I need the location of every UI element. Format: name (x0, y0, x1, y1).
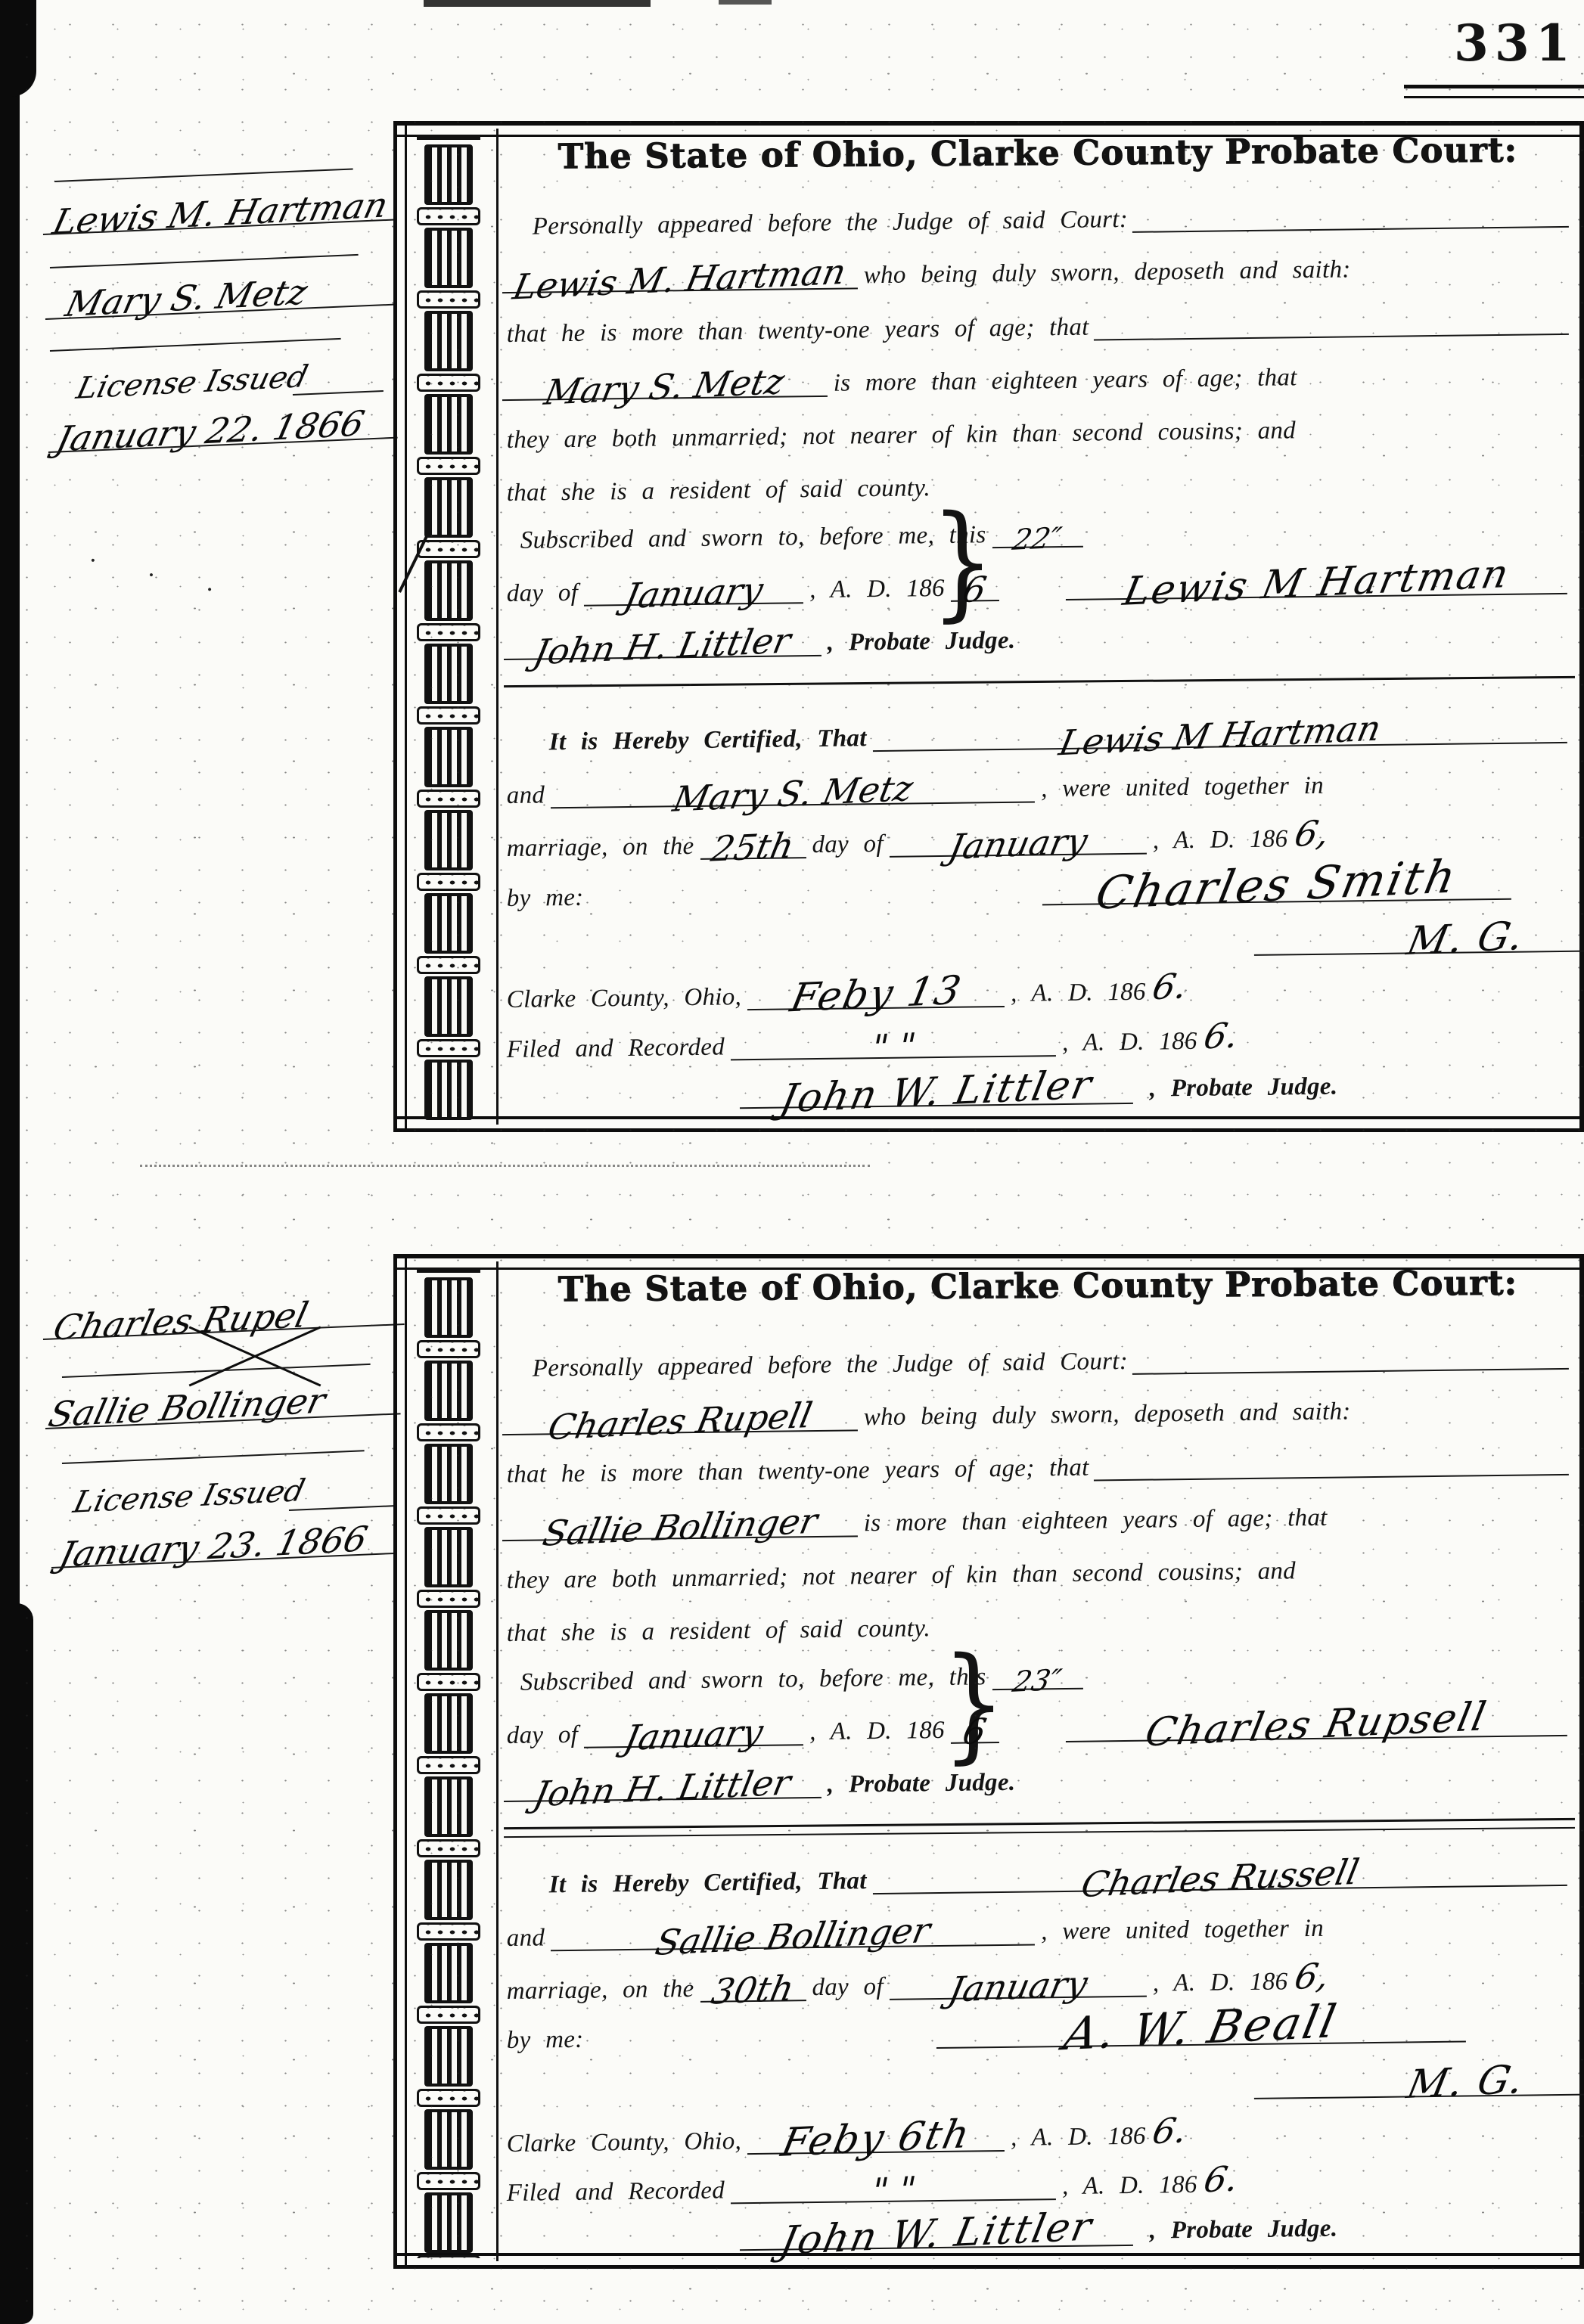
printed-text: , A. D. 186 (1011, 979, 1146, 1007)
column-band-segment (417, 1839, 480, 1857)
column-flute-segment (424, 1527, 473, 1587)
certificate-record2: The State of Ohio, Clarke County Probate… (393, 1254, 1584, 2269)
column-band-segment (417, 2006, 480, 2024)
column-flute-segment (424, 893, 473, 954)
column-band-segment (417, 956, 480, 974)
certify-line-5: M. G. (506, 2052, 1573, 2108)
minister-title-handwritten: M. G. (1404, 917, 1528, 961)
filed-judge-line: John W. Littler , Probate Judge. (506, 1055, 1573, 1112)
return-year-handwritten: 6. (1150, 2112, 1191, 2149)
judge-signature-blank: John H. Littler (503, 617, 822, 660)
printed-text: day of (812, 1974, 884, 2001)
printed-text: day of (507, 1722, 579, 1749)
border-right (1579, 1254, 1584, 2269)
minister-signature: A. W. Beall (1060, 1999, 1341, 2057)
printed-text: Subscribed and sworn to, before me, this (507, 1665, 986, 1696)
certified-groom-blank: Charles Russell (872, 1847, 1567, 1894)
ornamental-column (408, 1266, 489, 2258)
printed-text: , A. D. 186 (1153, 827, 1288, 855)
certified-groom-handwritten: Lewis M Hartman (1056, 711, 1384, 761)
judge-signature: John H. Littler (531, 623, 794, 670)
printed-text: Personally appeared before the Judge of … (507, 206, 1129, 240)
filed-judge-signature-blank: John W. Littler (739, 1065, 1133, 1109)
scanned-record-page: 331 . . . Lewis M. Hartman Mary S. Metz … (0, 0, 1584, 2324)
margin-license-label: License Issued (73, 359, 312, 406)
margin-x-flourish (183, 1326, 327, 1387)
column-flute-segment (424, 727, 473, 787)
page-number-rule (1404, 85, 1584, 98)
affidavit-line-2: Charles Rupell who being duly sworn, dep… (506, 1379, 1573, 1435)
bride-name-handwritten: Sallie Bollinger (539, 1503, 820, 1551)
filed-date-blank: " " (731, 1017, 1057, 1060)
printed-text: Filed and Recorded (507, 2178, 725, 2207)
column-flute-segment (424, 644, 473, 704)
return-date-handwritten: Feby 13 (787, 971, 965, 1019)
certified-bride-handwritten: Mary S. Metz (670, 771, 916, 817)
printed-text: day of (507, 580, 579, 607)
border-left (393, 121, 407, 1132)
column-band-segment (417, 623, 480, 641)
certified-groom-handwritten: Charles Russell (1078, 1854, 1362, 1902)
affidavit-line-6: that she is a resident of said county. (506, 1590, 1573, 1647)
printed-text: Clarke County, Ohio, (507, 2129, 742, 2158)
blank-rule (1132, 1361, 1569, 1375)
filed-judge-signature: John W. Littler (777, 1065, 1096, 1119)
court-title: The State of Ohio, Clarke County Probate… (514, 1262, 1561, 1315)
affiant-signature: Lewis M Hartman (1120, 554, 1513, 612)
column-flute-segment (424, 2109, 473, 2170)
column-band-segment (417, 457, 480, 475)
married-year-handwritten: 6, (1292, 1958, 1333, 1994)
ornamental-column (408, 133, 489, 1122)
sworn-month-handwritten: January (622, 1714, 766, 1756)
filed-ditto-marks: " " (868, 1028, 919, 1065)
return-date-blank: Feby 6th (747, 2112, 1005, 2155)
column-flute-segment (424, 1776, 473, 1837)
filed-judge-signature-blank: John W. Littler (739, 2207, 1133, 2251)
certified-bride-blank: Mary S. Metz (551, 763, 1036, 808)
minister-signature: Charles Smith (1092, 854, 1461, 916)
printed-text: who being duly sworn, deposeth and saith… (864, 1399, 1351, 1432)
printed-text: Subscribed and sworn to, before me, this (507, 523, 986, 554)
printed-text: and (507, 783, 545, 809)
column-flute-segment (424, 1693, 473, 1754)
column-flute-segment (424, 394, 473, 455)
column-flute-segment (424, 1444, 473, 1504)
printed-text: , Probate Judge. (1149, 2216, 1337, 2245)
certified-bride-blank: Sallie Bollinger (551, 1906, 1036, 1951)
minister-title-blank: M. G. (1253, 911, 1584, 956)
column-band-segment (417, 1423, 480, 1441)
column-band-segment (417, 790, 480, 808)
column-band-segment (417, 2255, 480, 2258)
certificate-record1: The State of Ohio, Clarke County Probate… (393, 121, 1584, 1132)
certify-line-4: by me: A. W. Beall (506, 1997, 1573, 2054)
affidavit-line-6: that she is a resident of said county. (506, 450, 1573, 507)
printed-text: they are both unmarried; not nearer of k… (507, 1559, 1297, 1594)
printed-text: , A. D. 186 (809, 1717, 945, 1745)
affidavit-line-4: Sallie Bollinger is more than eighteen y… (506, 1485, 1573, 1541)
scan-corner-blob (0, 0, 36, 97)
printed-text: , were united together in (1041, 1916, 1324, 1945)
column-band-segment (417, 290, 480, 309)
married-month-handwritten: January (946, 823, 1090, 864)
blank-rule (1094, 1466, 1569, 1482)
married-day-blank: 25th (700, 819, 806, 860)
certify-line-5: M. G. (506, 908, 1573, 965)
affidavit-line-8: day of January , A. D. 186 6 Lewis M Har… (506, 551, 1573, 607)
blank-rule (1094, 326, 1569, 341)
column-band-segment (417, 1922, 480, 1941)
scan-edge-mark (424, 0, 651, 7)
column-band-segment (417, 706, 480, 725)
column-band-segment (417, 2089, 480, 2107)
margin-groom-name: Lewis M. Hartman (49, 185, 393, 243)
printed-text: , Probate Judge. (1149, 1074, 1337, 1103)
column-band-segment (417, 2172, 480, 2190)
printed-text: and (507, 1925, 545, 1952)
printed-text: that he is more than twenty-one years of… (507, 1455, 1089, 1488)
sworn-month-blank: January (584, 564, 804, 607)
court-title: The State of Ohio, Clarke County Probate… (514, 129, 1561, 182)
ruled-line (54, 168, 353, 182)
printed-text: Clarke County, Ohio, (507, 985, 742, 1013)
sworn-day-handwritten: 22″ (1011, 523, 1064, 554)
filed-year-handwritten: 6. (1201, 1017, 1242, 1053)
minister-title-handwritten: M. G. (1404, 2060, 1528, 2105)
between-certificates-dotted-line (140, 1165, 870, 1167)
book-binding-edge-lower (0, 1603, 33, 2324)
married-month-blank: January (889, 815, 1147, 858)
printed-text: It is Hereby Certified, That (507, 726, 867, 756)
printed-text: marriage, on the (507, 833, 694, 862)
sworn-day-handwritten: 23″ (1011, 1665, 1064, 1696)
sworn-day-blank: 22″ (992, 508, 1083, 548)
married-day-handwritten: 30th (709, 1970, 797, 2009)
column-capital-leaves (417, 135, 480, 140)
margin-license-date: January 23. 1866 (55, 1519, 371, 1575)
return-date-handwritten: Feby 6th (778, 2115, 974, 2163)
certify-line-1: It is Hereby Certified, That Lewis M Har… (506, 700, 1573, 756)
affidavit-line-7: Subscribed and sworn to, before me, this… (506, 1640, 1573, 1696)
printed-text: , were united together in (1041, 773, 1324, 802)
column-flute-segment (424, 2026, 473, 2087)
ruled-line (289, 1505, 395, 1511)
bride-name-blank: Sallie Bollinger (502, 1497, 858, 1541)
printed-text: Personally appeared before the Judge of … (507, 1348, 1129, 1382)
column-flute-segment (424, 144, 473, 205)
printed-text: Filed and Recorded (507, 1035, 725, 1063)
sworn-month-blank: January (584, 1706, 804, 1748)
affidavit-line-1: Personally appeared before the Judge of … (506, 184, 1573, 240)
section-divider-2 (504, 1827, 1575, 1838)
return-year-handwritten: 6. (1150, 968, 1191, 1004)
column-flute-segment (424, 477, 473, 538)
column-band-segment (417, 1340, 480, 1358)
minister-signature-blank: A. W. Beall (936, 2003, 1466, 2049)
printed-text: that he is more than twenty-one years of… (507, 315, 1089, 348)
blank-rule (1132, 219, 1569, 233)
judge-signature: John H. Littler (531, 1765, 794, 1812)
printed-text: that she is a resident of said county. (507, 476, 931, 507)
return-line: Clarke County, Ohio, Feby 13 , A. D. 186… (506, 957, 1573, 1013)
column-flute-segment (424, 1361, 473, 1421)
married-month-handwritten: January (946, 1966, 1090, 2007)
column-flute-segment (424, 1277, 473, 1338)
column-flute-segment (424, 1610, 473, 1671)
affidavit-line-2: Lewis M. Hartman who being duly sworn, d… (506, 237, 1573, 293)
judge-signature-blank: John H. Littler (503, 1759, 822, 1802)
ruled-line (293, 390, 384, 396)
column-flute-segment (424, 810, 473, 870)
groom-name-blank: Charles Rupell (502, 1392, 858, 1435)
affiant-signature-blank: Charles Rupsell (1065, 1697, 1567, 1742)
column-capital-leaves (417, 1268, 480, 1273)
column-band-segment (417, 1506, 480, 1525)
bride-name-blank: Mary S. Metz (502, 358, 828, 401)
filed-year-handwritten: 6. (1201, 2161, 1242, 2197)
printed-text: , A. D. 186 (1011, 2124, 1146, 2152)
groom-name-blank: Lewis M. Hartman (502, 250, 858, 293)
border-bottom (393, 1116, 1584, 1132)
certified-bride-handwritten: Sallie Bollinger (653, 1913, 933, 1960)
return-date-blank: Feby 13 (747, 968, 1005, 1010)
minister-signature-blank: Charles Smith (1042, 861, 1511, 906)
groom-name-handwritten: Lewis M. Hartman (511, 254, 849, 305)
printed-text: It is Hereby Certified, That (507, 1869, 867, 1899)
filed-ditto-marks: " " (868, 2171, 919, 2208)
stray-ink-dots: . . . (88, 539, 231, 601)
printed-text: , A. D. 186 (1062, 2172, 1197, 2200)
sworn-month-handwritten: January (622, 572, 766, 614)
column-flute-segment (424, 560, 473, 621)
column-band-segment (417, 873, 480, 891)
printed-text: day of (812, 831, 884, 858)
margin-license-date: January 22. 1866 (52, 403, 368, 460)
column-flute-segment (424, 311, 473, 371)
border-bottom (393, 2253, 1584, 2269)
column-flute-segment (424, 2192, 473, 2253)
column-band-segment (417, 1590, 480, 1608)
printed-text: , A. D. 186 (1153, 1969, 1288, 1997)
groom-name-handwritten: Charles Rupell (545, 1398, 815, 1444)
affidavit-line-1: Personally appeared before the Judge of … (506, 1326, 1573, 1382)
printed-text: by me: (507, 885, 584, 912)
bride-name-handwritten: Mary S. Metz (542, 364, 787, 410)
sworn-year-blank: 6 (950, 1704, 999, 1744)
printed-text: that she is a resident of said county. (507, 1616, 931, 1647)
column-flute-segment (424, 976, 473, 1037)
column-band-segment (417, 540, 480, 558)
border-left (393, 1254, 407, 2269)
married-month-blank: January (889, 1958, 1147, 2000)
filed-date-blank: " " (731, 2161, 1057, 2204)
sworn-year-blank: 6 (950, 562, 999, 602)
filed-judge-line: John W. Littler , Probate Judge. (506, 2197, 1573, 2254)
return-line: Clarke County, Ohio, Feby 6th , A. D. 18… (506, 2101, 1573, 2158)
column-band-segment (417, 1673, 480, 1691)
married-day-handwritten: 25th (709, 827, 797, 866)
certified-groom-blank: Lewis M Hartman (872, 704, 1567, 752)
certify-line-4: by me: Charles Smith (506, 855, 1573, 912)
section-divider (504, 676, 1575, 687)
affiant-signature: Charles Rupsell (1142, 1697, 1490, 1752)
column-band-segment (417, 207, 480, 225)
column-band-segment (417, 1756, 480, 1774)
page-number: 331 (1454, 14, 1575, 73)
printed-text: , A. D. 186 (1062, 1029, 1197, 1057)
affidavit-line-8: day of January , A. D. 186 6 Charles Rup… (506, 1693, 1573, 1749)
affidavit-line-7: Subscribed and sworn to, before me, this… (506, 498, 1573, 554)
column-flute-segment (424, 1943, 473, 2003)
margin-note-record2: Charles Rupel Sallie Bollinger License I… (39, 1295, 402, 1612)
affidavit-line-4: Mary S. Metz is more than eighteen years… (506, 344, 1573, 401)
married-day-blank: 30th (700, 1962, 806, 2003)
column-flute-segment (424, 1060, 473, 1120)
certify-line-2: and Sallie Bollinger , were united toget… (506, 1895, 1573, 1952)
printed-text: they are both unmarried; not nearer of k… (507, 418, 1297, 454)
printed-text: , Probate Judge. (828, 1770, 1016, 1798)
minister-title-blank: M. G. (1253, 2055, 1584, 2099)
column-band-segment (417, 1039, 480, 1057)
column-divider-line (496, 129, 498, 1125)
printed-text: who being duly sworn, deposeth and saith… (864, 257, 1351, 290)
certify-line-2: and Mary S. Metz , were united together … (506, 752, 1573, 809)
printed-text: , Probate Judge. (828, 628, 1016, 656)
column-band-segment (417, 374, 480, 392)
margin-license-label: License Issued (70, 1473, 309, 1520)
column-flute-segment (424, 228, 473, 288)
printed-text: by me: (507, 2027, 584, 2054)
column-flute-segment (424, 1860, 473, 1920)
margin-note-record1: Lewis M. Hartman Mary S. Metz License Is… (39, 170, 402, 488)
ruled-line (62, 1450, 365, 1464)
ruled-line (50, 338, 341, 352)
filed-line: Filed and Recorded " " , A. D. 186 6. (506, 1007, 1573, 1063)
printed-text: is more than eighteen years of age; that (834, 365, 1297, 397)
column-divider-line (496, 1261, 498, 2261)
certify-line-1: It is Hereby Certified, That Charles Rus… (506, 1842, 1573, 1899)
printed-text: marriage, on the (507, 1976, 694, 2005)
printed-text: , A. D. 186 (809, 576, 945, 603)
married-year-handwritten: 6, (1292, 815, 1333, 852)
scan-edge-mark (719, 0, 772, 5)
ruled-line (50, 254, 359, 268)
printed-text: is more than eighteen years of age; that (864, 1505, 1328, 1537)
border-right (1579, 121, 1584, 1132)
affiant-signature-blank: Lewis M Hartman (1065, 555, 1567, 600)
